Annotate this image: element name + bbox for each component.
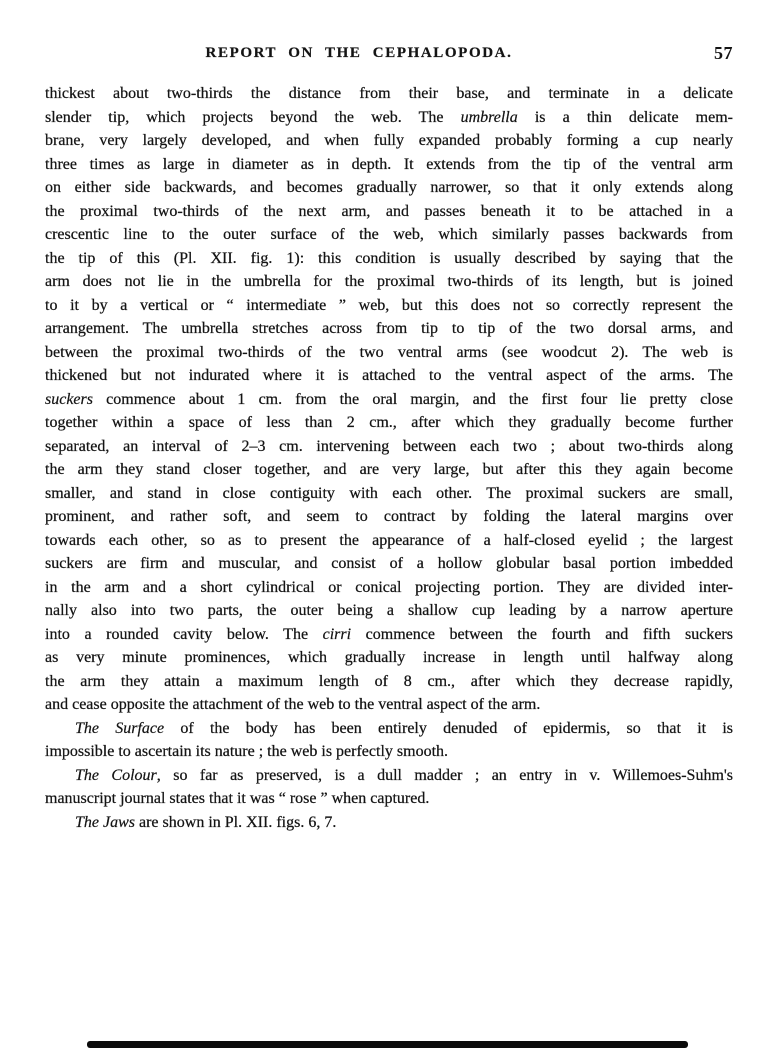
text-line: three times as large in diameter as in d… <box>45 153 733 177</box>
text-line: between the proximal two-thirds of the t… <box>45 341 733 365</box>
scan-artifact-bar <box>87 1041 688 1048</box>
text-line: arrangement. The umbrella stretches acro… <box>45 317 733 341</box>
text-line: on either side backwards, and becomes gr… <box>45 176 733 200</box>
text-line: smaller, and stand in close contiguity w… <box>45 482 733 506</box>
italic-text: umbrella <box>461 109 518 126</box>
text-line: and cease opposite the attachment of the… <box>45 693 733 717</box>
italic-text: The Jaws <box>75 814 135 831</box>
text-line: brane, very largely developed, and when … <box>45 129 733 153</box>
text-line: crescentic line to the outer surface of … <box>45 223 733 247</box>
page-number: 57 <box>714 43 733 64</box>
paragraph: thickest about two-thirds the distance f… <box>45 82 733 717</box>
paragraph: The Jaws are shown in Pl. XII. figs. 6, … <box>45 811 733 835</box>
text-line: together within a space of less than 2 c… <box>45 411 733 435</box>
text-line: The Colour, so far as preserved, is a du… <box>45 764 733 788</box>
text-line: The Jaws are shown in Pl. XII. figs. 6, … <box>45 811 733 835</box>
text-line: prominent, and rather soft, and seem to … <box>45 505 733 529</box>
paragraph: The Surface of the body has been entirel… <box>45 717 733 764</box>
text-line: the arm they attain a maximum length of … <box>45 670 733 694</box>
text-line: slender tip, which projects beyond the w… <box>45 106 733 130</box>
paragraph: The Colour, so far as preserved, is a du… <box>45 764 733 811</box>
text-line: thickest about two-thirds the distance f… <box>45 82 733 106</box>
italic-text: suckers <box>45 391 93 408</box>
document-page: REPORT ON THE CEPHALOPODA. 57 thickest a… <box>0 0 776 1050</box>
text-block: thickest about two-thirds the distance f… <box>45 82 733 834</box>
text-line: the arm they stand closer together, and … <box>45 458 733 482</box>
text-line: impossible to ascertain its nature ; the… <box>45 740 733 764</box>
text-line: the tip of this (Pl. XII. fig. 1): this … <box>45 247 733 271</box>
text-line: suckers are firm and muscular, and consi… <box>45 552 733 576</box>
text-line: as very minute prominences, which gradua… <box>45 646 733 670</box>
text-line: The Surface of the body has been entirel… <box>45 717 733 741</box>
running-head: REPORT ON THE CEPHALOPODA. 57 <box>45 45 733 65</box>
italic-text: The Colour <box>75 767 157 784</box>
page-title: REPORT ON THE CEPHALOPODA. <box>45 45 673 62</box>
italic-text: The Surface <box>75 720 164 737</box>
text-line: nally also into two parts, the outer bei… <box>45 599 733 623</box>
text-line: separated, an interval of 2–3 cm. interv… <box>45 435 733 459</box>
text-line: towards each other, so as to present the… <box>45 529 733 553</box>
italic-text: cirri <box>323 626 351 643</box>
text-line: thickened but not indurated where it is … <box>45 364 733 388</box>
text-line: arm does not lie in the umbrella for the… <box>45 270 733 294</box>
text-line: the proximal two-thirds of the next arm,… <box>45 200 733 224</box>
text-line: suckers commence about 1 cm. from the or… <box>45 388 733 412</box>
text-line: manuscript journal states that it was “ … <box>45 787 733 811</box>
text-line: in the arm and a short cylindrical or co… <box>45 576 733 600</box>
text-line: into a rounded cavity below. The cirri c… <box>45 623 733 647</box>
text-line: to it by a vertical or “ intermediate ” … <box>45 294 733 318</box>
